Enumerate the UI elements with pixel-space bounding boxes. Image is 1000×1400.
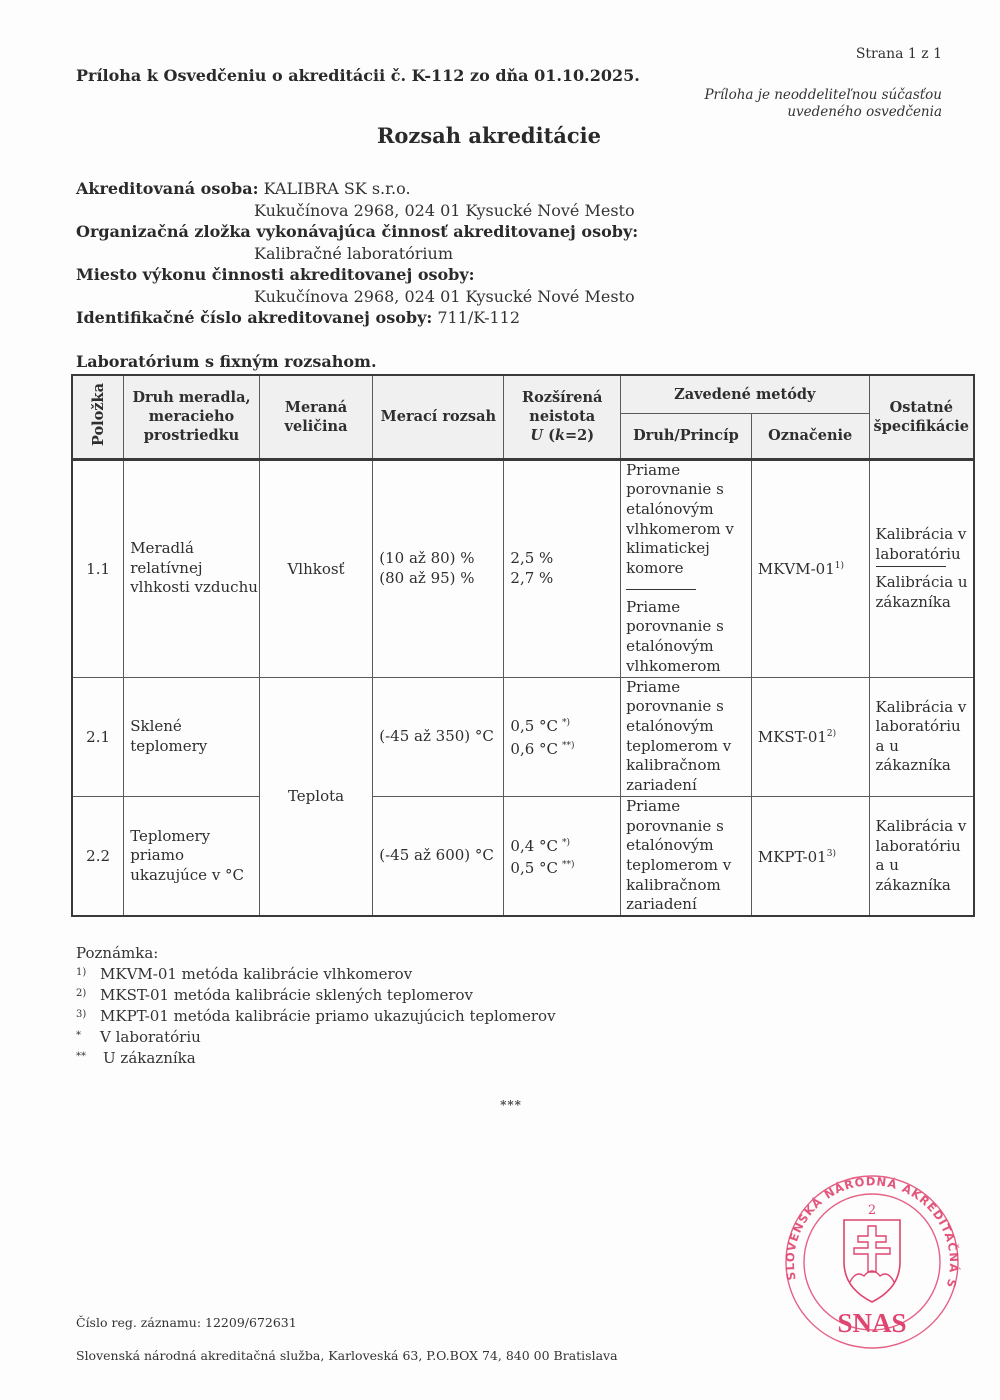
table-row: 1.1 Meradlá relatívnej vlhkosti vzduchu … bbox=[72, 459, 974, 677]
divider bbox=[876, 566, 946, 567]
cell-method-principle: Priame porovnanie s etalónovým vlhkomero… bbox=[621, 459, 752, 677]
annex-title: Príloha k Osvedčeniu o akreditácii č. K-… bbox=[76, 66, 640, 85]
cell-uncertainty: 2,5 % 2,7 % bbox=[504, 459, 621, 677]
cell-quantity: Vlhkosť bbox=[259, 459, 372, 677]
document-title: Rozsah akreditácie bbox=[0, 123, 978, 148]
accredited-person-label: Akreditovaná osoba: bbox=[76, 179, 258, 198]
note-item: 2)MKST-01 metóda kalibrácie sklených tep… bbox=[76, 984, 556, 1005]
stamp-abbr: SNAS bbox=[837, 1308, 906, 1338]
id-value: 711/K-112 bbox=[437, 308, 520, 327]
org-unit-label: Organizačná zložka vykonávajúca činnosť … bbox=[76, 221, 638, 243]
table-row: 2.1 Sklené teplomery Teplota (-45 až 350… bbox=[72, 677, 974, 796]
end-mark: *** bbox=[0, 1098, 1000, 1112]
cell-item: 2.1 bbox=[72, 677, 124, 796]
cell-other: Kalibrácia v laboratóriu Kalibrácia u zá… bbox=[869, 459, 974, 677]
cell-range: (-45 až 600) °C bbox=[373, 796, 504, 916]
scope-label: Laboratórium s fixným rozsahom. bbox=[76, 352, 377, 371]
stamp-seal-icon: SLOVENSKÁ NÁRODNÁ AKREDITAČNÁ SLUŽBA 2 S… bbox=[770, 1170, 970, 1350]
cell-item: 1.1 bbox=[72, 459, 124, 677]
accredited-person-value: KALIBRA SK s.r.o. bbox=[264, 179, 411, 198]
table-row: 2.2 Teplomery priamo ukazujúce v °C (-45… bbox=[72, 796, 974, 916]
accredited-person-address: Kukučínova 2968, 024 01 Kysucké Nové Mes… bbox=[76, 200, 638, 222]
header-method-principle: Druh/Princíp bbox=[621, 413, 752, 459]
accreditation-scope-table: Položka Druh meradla, meracieho prostrie… bbox=[71, 374, 975, 917]
note-item: 1)MKVM-01 metóda kalibrácie vlhkomerov bbox=[76, 963, 556, 984]
cell-range: (10 až 80) % (80 až 95) % bbox=[373, 459, 504, 677]
annex-note-line1: Príloha je neoddeliteľnou súčasťou bbox=[704, 87, 942, 104]
cell-method-code: MKPT-013) bbox=[751, 796, 869, 916]
cell-method-code: MKST-012) bbox=[751, 677, 869, 796]
id-label: Identifikačné číslo akreditovanej osoby: bbox=[76, 308, 432, 327]
cell-method-principle: Priame porovnanie s etalónovým teplomero… bbox=[621, 796, 752, 916]
notes-title: Poznámka: bbox=[76, 943, 556, 963]
divider bbox=[626, 589, 696, 590]
snas-stamp: SLOVENSKÁ NÁRODNÁ AKREDITAČNÁ SLUŽBA 2 S… bbox=[770, 1170, 970, 1350]
cell-quantity: Teplota bbox=[259, 677, 372, 916]
cell-uncertainty: 0,5 °C*) 0,6 °C**) bbox=[504, 677, 621, 796]
header-uncertainty: Rozšírená neistota U (k=2) bbox=[504, 375, 621, 459]
header-other: Ostatné špecifikácie bbox=[869, 375, 974, 459]
org-unit-value: Kalibračné laboratórium bbox=[76, 243, 638, 265]
header-methods: Zavedené metódy bbox=[621, 375, 869, 413]
header-range: Merací rozsah bbox=[373, 375, 504, 459]
cell-other: Kalibrácia v laboratóriu a u zákazníka bbox=[869, 796, 974, 916]
footer-address: Slovenská národná akreditačná služba, Ka… bbox=[76, 1348, 618, 1363]
annex-note: Príloha je neoddeliteľnou súčasťou uvede… bbox=[704, 87, 942, 121]
location-label: Miesto výkonu činnosti akreditovanej oso… bbox=[76, 264, 638, 286]
cell-method-principle: Priame porovnanie s etalónovým teplomero… bbox=[621, 677, 752, 796]
header-item: Položka bbox=[72, 375, 124, 459]
cell-item: 2.2 bbox=[72, 796, 124, 916]
note-item: *V laboratóriu bbox=[76, 1026, 556, 1047]
header-instrument: Druh meradla, meracieho prostriedku bbox=[124, 375, 260, 459]
cell-range: (-45 až 350) °C bbox=[373, 677, 504, 796]
annex-note-line2: uvedeného osvedčenia bbox=[704, 104, 942, 121]
registration-number: Číslo reg. záznamu: 12209/672631 bbox=[76, 1315, 297, 1330]
notes: Poznámka: 1)MKVM-01 metóda kalibrácie vl… bbox=[76, 943, 556, 1068]
cell-method-code: MKVM-011) bbox=[751, 459, 869, 677]
accreditation-info: Akreditovaná osoba: KALIBRA SK s.r.o. Ku… bbox=[76, 178, 638, 329]
location-value: Kukučínova 2968, 024 01 Kysucké Nové Mes… bbox=[76, 286, 638, 308]
cell-uncertainty: 0,4 °C*) 0,5 °C**) bbox=[504, 796, 621, 916]
note-item: **U zákazníka bbox=[76, 1047, 556, 1068]
cell-instrument: Teplomery priamo ukazujúce v °C bbox=[124, 796, 260, 916]
cell-instrument: Meradlá relatívnej vlhkosti vzduchu bbox=[124, 459, 260, 677]
page-number: Strana 1 z 1 bbox=[856, 46, 942, 62]
note-item: 3)MKPT-01 metóda kalibrácie priamo ukazu… bbox=[76, 1005, 556, 1026]
cell-other: Kalibrácia v laboratóriu a u zákazníka bbox=[869, 677, 974, 796]
svg-text:SLOVENSKÁ NÁRODNÁ AKREDITAČNÁ: SLOVENSKÁ NÁRODNÁ AKREDITAČNÁ SLUŽBA bbox=[770, 1170, 962, 1290]
stamp-ring-text: SLOVENSKÁ NÁRODNÁ AKREDITAČNÁ SLUŽBA bbox=[770, 1170, 962, 1290]
cell-instrument: Sklené teplomery bbox=[124, 677, 260, 796]
header-method-code: Označenie bbox=[751, 413, 869, 459]
stamp-number: 2 bbox=[868, 1203, 876, 1218]
header-quantity: Meraná veličina bbox=[259, 375, 372, 459]
